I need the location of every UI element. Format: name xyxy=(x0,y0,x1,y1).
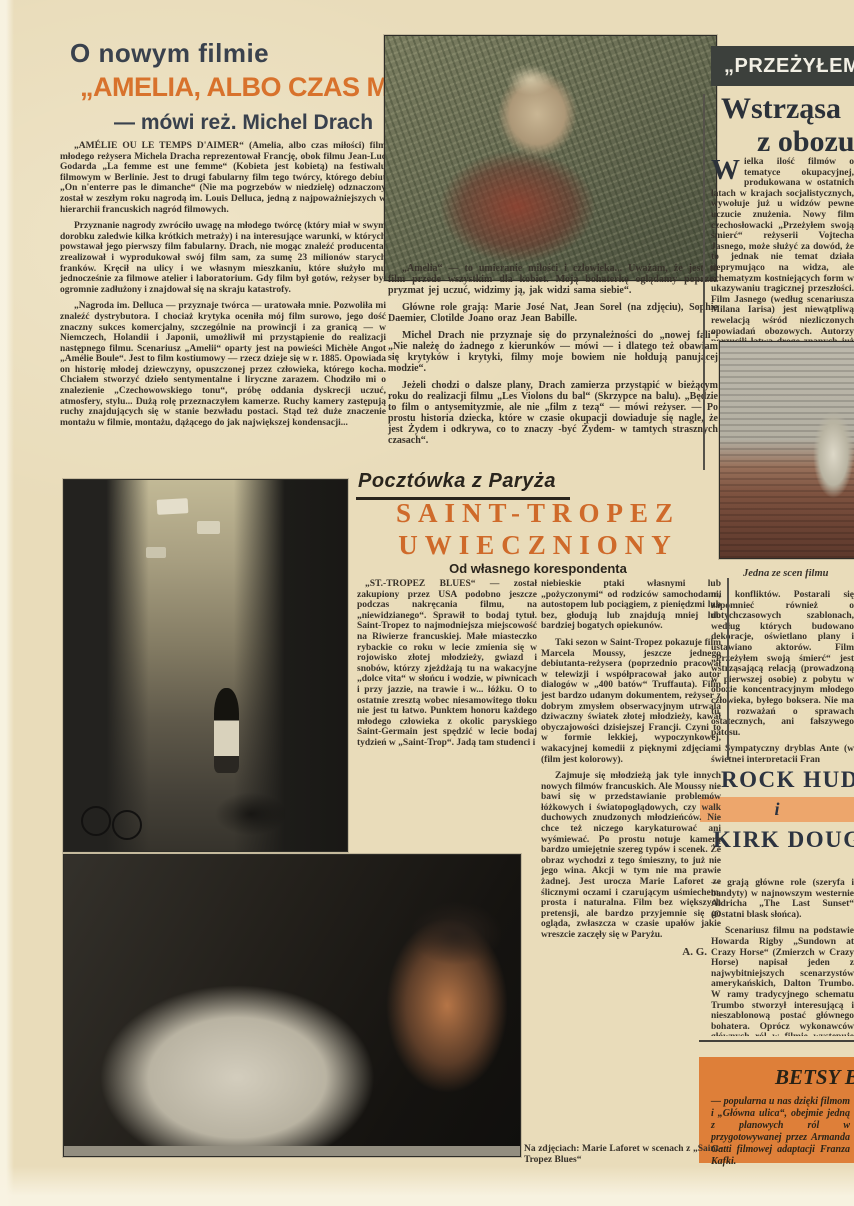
paragraph: „Nagroda im. Delluca — przyznaje twórca … xyxy=(60,301,386,428)
photo-caption-article: „Amelia“ — to umieranie miłości i człowi… xyxy=(388,263,718,452)
paragraph: „ST.-TROPEZ BLUES“ — został zakupiony pr… xyxy=(357,579,537,749)
przezylem-headline-line2: z obozu xyxy=(757,127,854,157)
column-divider xyxy=(727,578,729,760)
przezylem-banner-label: „PRZEŻYŁEM xyxy=(711,55,854,77)
drop-cap: W xyxy=(711,158,740,182)
saint-tropez-byline: Od własnego korespondenta xyxy=(372,561,704,576)
saint-tropez-photo-caption: Na zdjęciach: Marie Laforet w scenach z … xyxy=(524,1144,722,1171)
bicycle-wheel xyxy=(112,810,142,840)
paragraph: Przyznanie nagrody zwróciło uwagę na mło… xyxy=(60,221,386,295)
kirk-headline: KIRK DOUG xyxy=(713,828,854,851)
paragraph: Jeżeli chodzi o dalsze plany, Drach zami… xyxy=(388,380,718,446)
paragraph: mi konfliktów. Postarali się zapomnieć r… xyxy=(711,590,854,738)
bicycle-wheel xyxy=(81,806,111,836)
przezylem-body-top: W ielka ilość filmów o tematyce okupacyj… xyxy=(711,157,854,341)
camp-photo-caption: Jedna ze scen filmu xyxy=(711,569,854,580)
betsy-text: — popularna u nas dzięki filmom i „Główn… xyxy=(711,1096,850,1168)
grass-portrait-photo xyxy=(384,35,717,281)
paragraph: „AMÉLIE OU LE TEMPS D'AIMER“ (Amelia, al… xyxy=(60,141,386,215)
paragraph: Zajmuje się młodzieżą jak tyle innych no… xyxy=(541,771,721,941)
paragraph: Sympatyczny dryblas Ante (w świetnej int… xyxy=(711,744,854,762)
conjunction-band: i xyxy=(700,797,854,822)
walking-woman-figure xyxy=(214,688,239,773)
betsy-title: BETSY B xyxy=(699,1057,854,1090)
saint-tropez-col2: niebieskie ptaki własnymi lub „pożyczony… xyxy=(541,579,721,963)
paragraph: Michel Drach nie przyznaje się do przyna… xyxy=(388,330,718,374)
paragraph: niebieskie ptaki własnymi lub „pożyczony… xyxy=(541,579,721,632)
postcard-rubric: Pocztówka z Paryża xyxy=(356,470,570,500)
rock-headline: ROCK HUDS xyxy=(721,768,854,791)
przezylem-banner: „PRZEŻYŁEM xyxy=(711,46,854,86)
betsy-box: BETSY B — popularna u nas dzięki filmom … xyxy=(699,1057,854,1163)
paragraph: Taki sezon w Saint-Tropez pokazuje film … xyxy=(541,638,721,765)
conjunction-label: i xyxy=(774,799,779,819)
caption-text: Na zdjęciach: Marie Laforet w scenach z … xyxy=(524,1144,722,1165)
saint-tropez-title-line1: SAINT-TROPEZ xyxy=(372,500,704,527)
paragraph: Główne role grają: Marie José Nat, Jean … xyxy=(388,302,718,324)
marie-laforet-closeup-photo xyxy=(63,854,521,1157)
laundry-item xyxy=(146,547,166,558)
laundry-item xyxy=(197,521,220,534)
section-rule xyxy=(699,1040,854,1042)
left-article-subtitle: — mówi reż. Michel Drach xyxy=(114,112,373,133)
paragraph: — grają główne role (szeryfa i bandyty) … xyxy=(711,878,854,920)
magazine-page: O nowym filmie „AMELIA, ALBO CZAS MIŁOŚC… xyxy=(0,0,854,1206)
camp-scene-photo xyxy=(719,341,854,559)
column-divider xyxy=(703,94,705,470)
paragraph: Scenariusz filmu na podstawie Howarda Ri… xyxy=(711,926,854,1036)
przezylem-body-bottom: mi konfliktów. Postarali się zapomnieć r… xyxy=(711,590,854,762)
alley-street-photo xyxy=(63,479,348,852)
left-article-body: „AMÉLIE OU LE TEMPS D'AIMER“ (Amelia, al… xyxy=(60,141,386,434)
laundry-item xyxy=(157,498,189,514)
saint-tropez-col1: „ST.-TROPEZ BLUES“ — został zakupiony pr… xyxy=(357,579,537,755)
paragraph: „Amelia“ — to umieranie miłości i człowi… xyxy=(388,263,718,296)
left-article-kicker: O nowym filmie xyxy=(70,40,269,66)
rock-kirk-body: — grają główne role (szeryfa i bandyty) … xyxy=(711,878,854,1036)
author-signature: A. G. xyxy=(541,947,721,958)
przezylem-headline-line1: Wstrząsa xyxy=(721,94,841,124)
saint-tropez-title-line2: UWIECZNIONY xyxy=(372,532,704,559)
